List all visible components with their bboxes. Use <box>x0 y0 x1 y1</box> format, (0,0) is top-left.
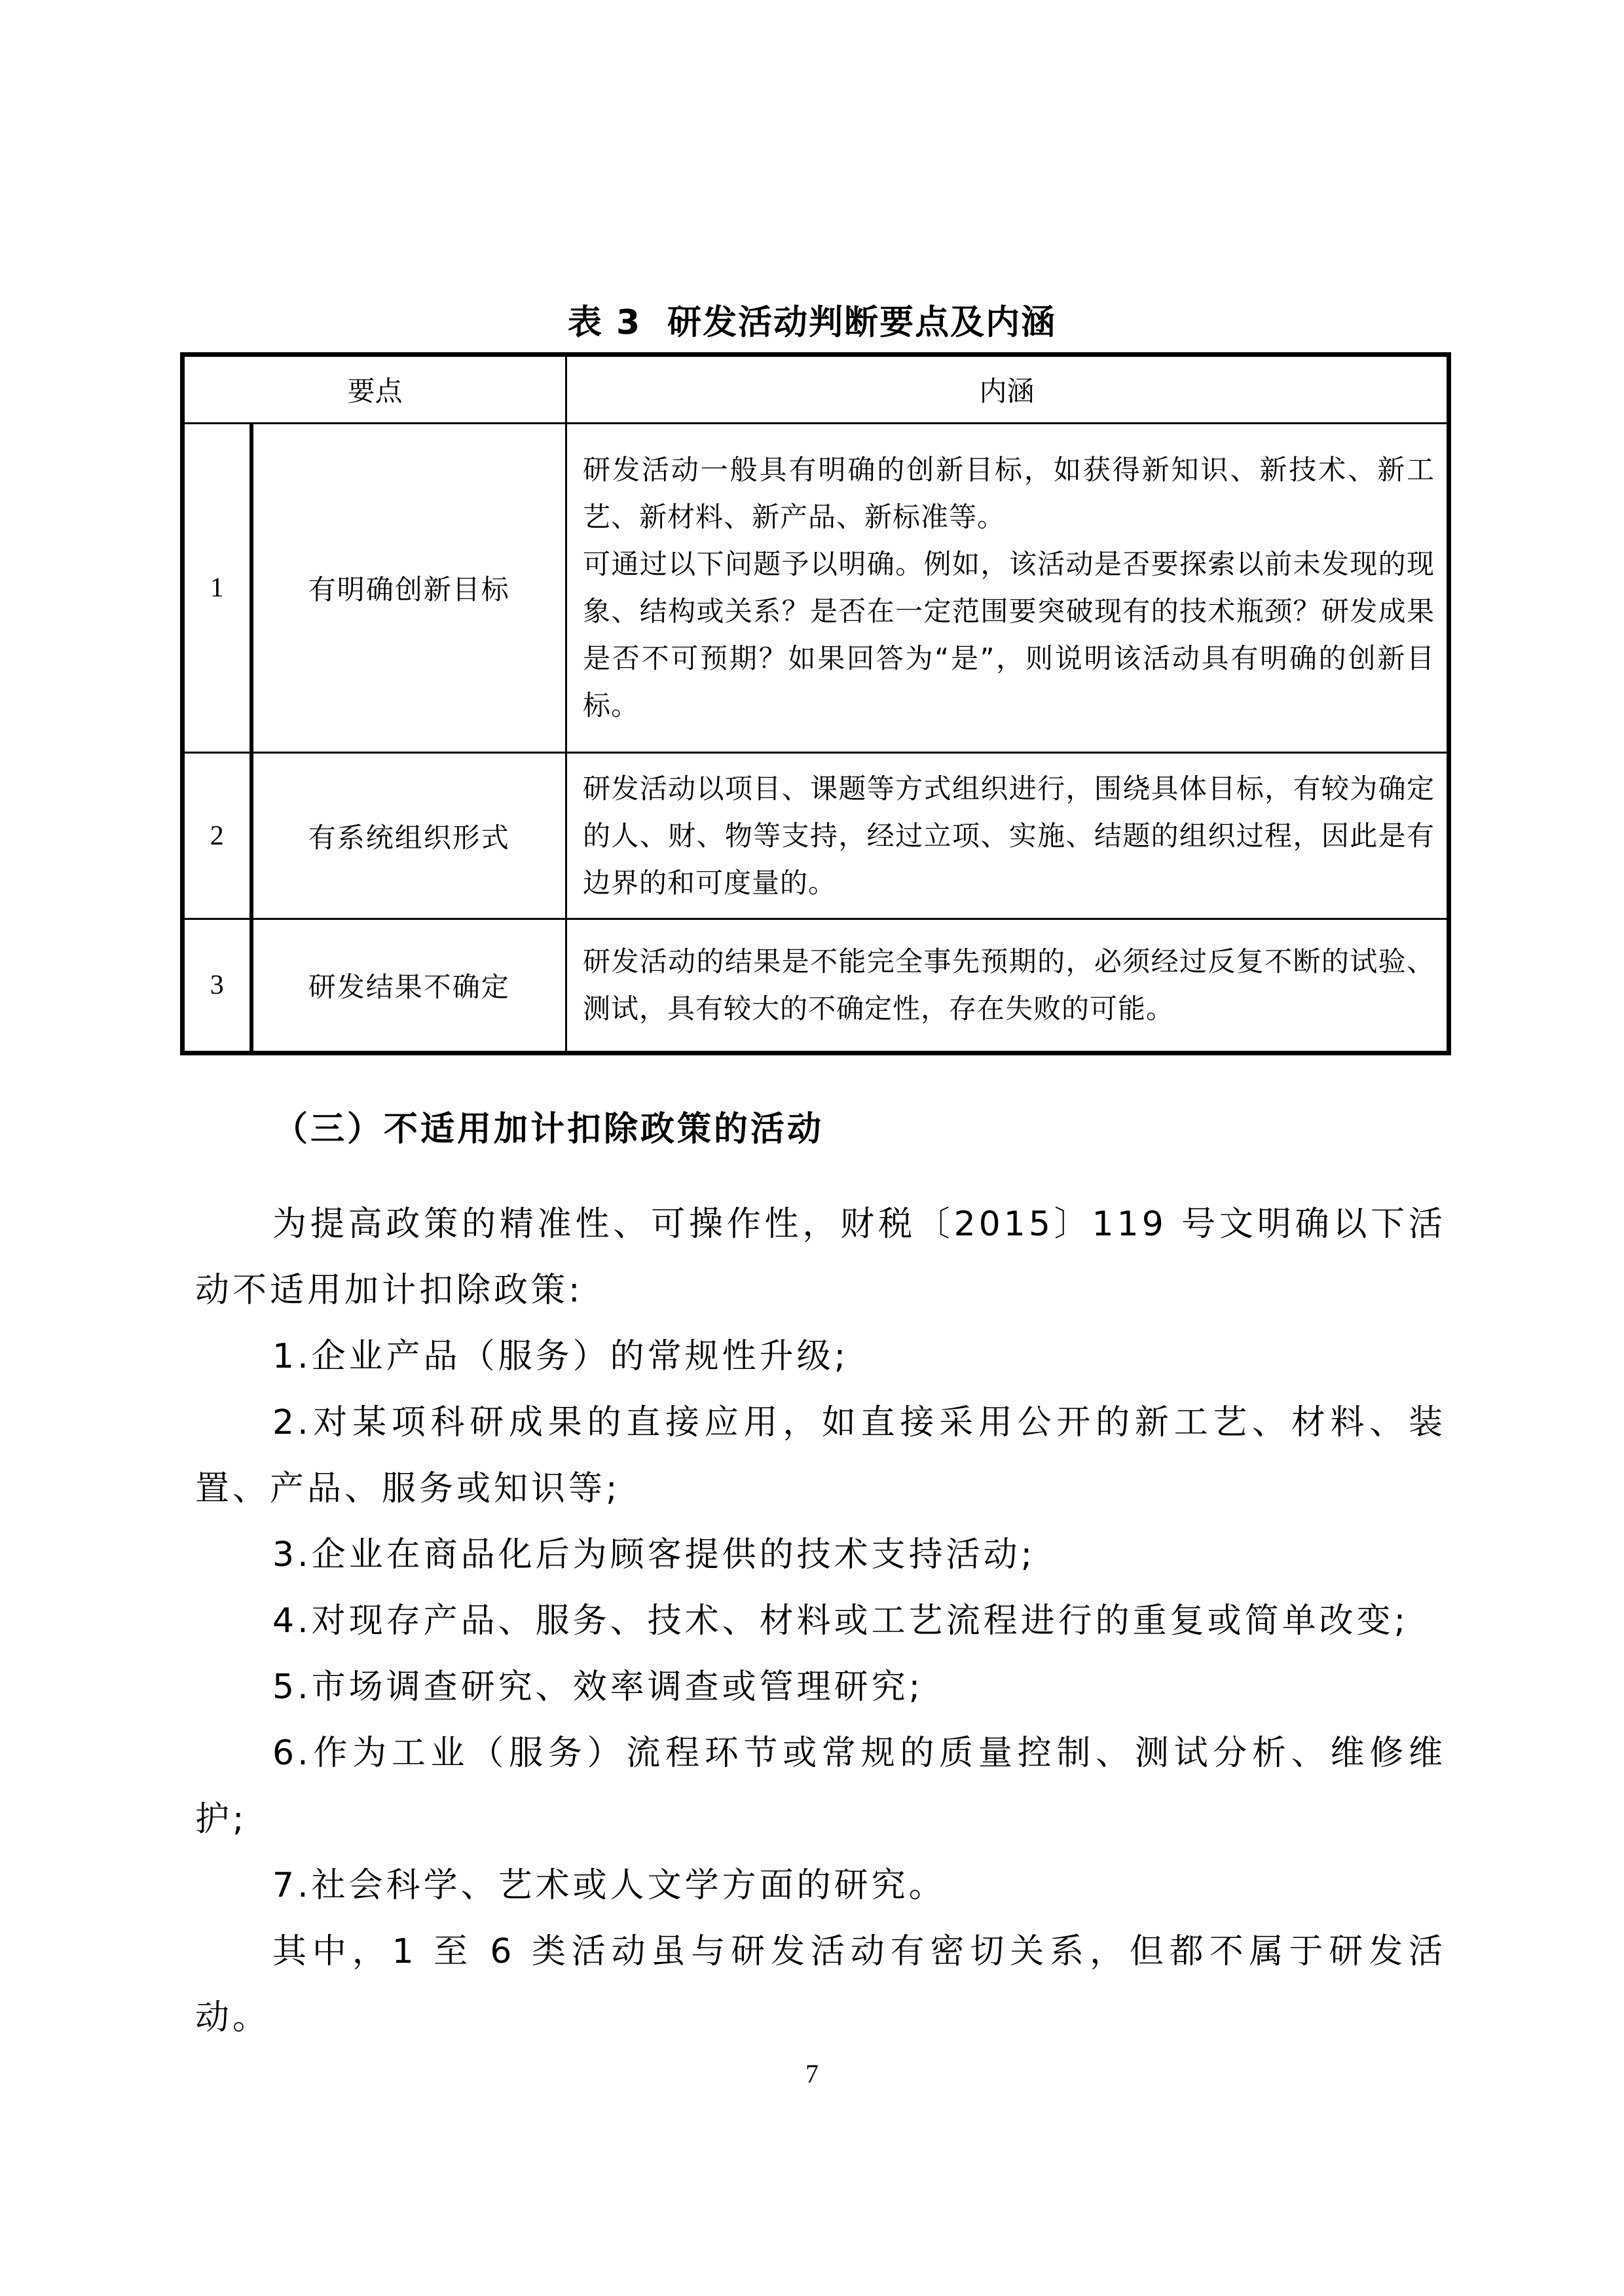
meaning-paragraph: 研发活动一般具有明确的创新目标，如获得新知识、新技术、新工艺、新材料、新产品、新… <box>583 446 1435 541</box>
meaning-paragraph: 可通过以下问题予以明确。例如，该活动是否要探索以前未发现的现象、结构或关系？是否… <box>583 541 1435 729</box>
list-item: 7.社会科学、艺术或人文学方面的研究。 <box>195 1853 1446 1919</box>
row-point: 研发结果不确定 <box>251 919 566 1053</box>
summary-paragraph: 其中，1 至 6 类活动虽与研发活动有密切关系，但都不属于研发活动。 <box>195 1919 1446 2051</box>
table-row: 2 有系统组织形式 研发活动以项目、课题等方式组织进行，围绕具体目标，有较为确定… <box>183 753 1449 919</box>
table-caption-number: 表 3 <box>568 303 641 342</box>
header-point: 要点 <box>183 355 566 424</box>
list-item: 1.企业产品（服务）的常规性升级; <box>195 1324 1446 1390</box>
section-body: 为提高政策的精准性、可操作性，财税〔2015〕119 号文明确以下活动不适用加计… <box>195 1192 1446 2051</box>
list-item: 4.对现存产品、服务、技术、材料或工艺流程进行的重复或简单改变; <box>195 1588 1446 1654</box>
row-meaning: 研发活动的结果是不能完全事先预期的，必须经过反复不断的试验、测试，具有较大的不确… <box>566 919 1449 1053</box>
section-heading: （三）不适用加计扣除政策的活动 <box>274 1106 824 1152</box>
header-meaning: 内涵 <box>566 355 1449 424</box>
meaning-paragraph: 研发活动的结果是不能完全事先预期的，必须经过反复不断的试验、测试，具有较大的不确… <box>583 938 1435 1032</box>
rd-criteria-table: 要点 内涵 1 有明确创新目标 研发活动一般具有明确的创新目标，如获得新知识、新… <box>180 352 1451 1055</box>
page-number: 7 <box>0 2061 1624 2087</box>
table-caption: 表 3研发活动判断要点及内涵 <box>0 300 1624 346</box>
row-number: 3 <box>183 919 251 1053</box>
table-caption-text: 研发活动判断要点及内涵 <box>667 303 1056 342</box>
row-meaning: 研发活动一般具有明确的创新目标，如获得新知识、新技术、新工艺、新材料、新产品、新… <box>566 424 1449 753</box>
list-item: 5.市场调查研究、效率调查或管理研究; <box>195 1654 1446 1721</box>
intro-paragraph: 为提高政策的精准性、可操作性，财税〔2015〕119 号文明确以下活动不适用加计… <box>195 1192 1446 1324</box>
table-row: 1 有明确创新目标 研发活动一般具有明确的创新目标，如获得新知识、新技术、新工艺… <box>183 424 1449 753</box>
meaning-paragraph: 研发活动以项目、课题等方式组织进行，围绕具体目标，有较为确定的人、财、物等支持，… <box>583 765 1435 907</box>
row-point: 有系统组织形式 <box>251 753 566 919</box>
list-item: 2.对某项科研成果的直接应用，如直接采用公开的新工艺、材料、装置、产品、服务或知… <box>195 1390 1446 1522</box>
row-number: 2 <box>183 753 251 919</box>
list-item: 3.企业在商品化后为顾客提供的技术支持活动; <box>195 1522 1446 1588</box>
table-row: 3 研发结果不确定 研发活动的结果是不能完全事先预期的，必须经过反复不断的试验、… <box>183 919 1449 1053</box>
row-number: 1 <box>183 424 251 753</box>
row-point: 有明确创新目标 <box>251 424 566 753</box>
table-header-row: 要点 内涵 <box>183 355 1449 424</box>
row-meaning: 研发活动以项目、课题等方式组织进行，围绕具体目标，有较为确定的人、财、物等支持，… <box>566 753 1449 919</box>
list-item: 6.作为工业（服务）流程环节或常规的质量控制、测试分析、维修维护; <box>195 1721 1446 1853</box>
